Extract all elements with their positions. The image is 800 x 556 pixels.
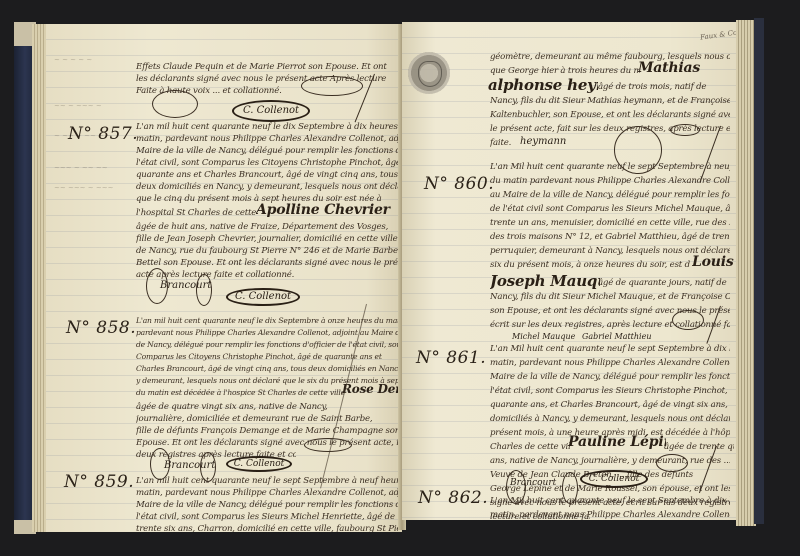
text-line: Nancy, fils du dit Sieur Mathias heymann…	[490, 96, 730, 106]
text-line: ans, native de Nancy, journalière, y dem…	[490, 456, 730, 466]
text-line: Comparus les Citoyens Christophe Pinchot…	[136, 352, 398, 361]
subject-name: Mathias	[638, 60, 734, 76]
subject-name: Apolline Chevrier	[256, 202, 402, 218]
signature-gabriel-matthieu: Gabriel Matthieu	[582, 332, 652, 341]
page-edges-right	[736, 20, 756, 526]
signature-flourish	[196, 274, 212, 306]
text-line: L'an mil huit cent quarante neuf le dix …	[136, 122, 398, 132]
signature-flourish	[672, 310, 704, 330]
seal-emblem-icon	[418, 61, 442, 87]
text-line: matin, pardevant nous Philippe Charles A…	[136, 134, 398, 144]
text-line: quarante ans, et Charles Brancourt, âgé …	[490, 400, 730, 410]
signature-collenot: C. Collenot	[226, 288, 300, 306]
text-line: âgée de trente quatre	[664, 442, 734, 452]
text-line: que George hier à trois heures du matin,…	[490, 66, 640, 76]
text-line: âgée de quatre vingt six ans, native de …	[136, 402, 398, 412]
text-line: Bettel son Epouse. Et ont les déclarants…	[136, 258, 398, 268]
text-line: six du présent mois, à onze heures du so…	[490, 260, 690, 270]
text-line: l'état civil, sont Comparus les Sieurs M…	[136, 512, 398, 522]
entry-number: N° 860.	[424, 174, 494, 194]
text-line: de Nancy, délégué pour remplir les fonct…	[136, 340, 398, 349]
bleed-through-text: ~~~ ~ ~~ ~~	[54, 164, 108, 172]
bleed-through-text: ~ ~ ~ ~ ~	[54, 56, 92, 64]
text-line: domiciliés à Nancy, y demeurant, lesquel…	[490, 414, 730, 424]
signature-flourish	[656, 454, 688, 472]
subject-name: Pauline Lépine	[568, 434, 666, 450]
book-cover-right	[754, 18, 764, 524]
text-line: de l'état civil sont Comparus les Sieurs…	[490, 204, 730, 214]
text-line: Maire de la ville de Nancy, délégué pour…	[136, 500, 398, 510]
entry-number: N° 862.	[418, 488, 488, 508]
signature-flourish	[152, 90, 198, 118]
entry-number: N° 859.	[64, 472, 134, 492]
signature-michel-mauque: Michel Mauque	[512, 332, 575, 341]
entry-number: N° 857.	[68, 124, 138, 144]
text-line: Charles de cette ville	[490, 442, 570, 452]
right-page: géomètre, demeurant au même faubourg, le…	[402, 22, 736, 520]
text-line: du matin est décédée à l'hospice St Char…	[136, 388, 346, 397]
text-line: matin, pardevant nous Philippe Charles A…	[136, 488, 398, 498]
text-line: L'an mil huit cent quarante neuf le sept…	[136, 476, 398, 486]
text-line: l'état civil, sont Comparus les Sieurs C…	[490, 386, 730, 396]
text-line: quarante ans et Charles Brancourt, âgé d…	[136, 170, 398, 180]
text-line: matin, pardevant nous Philippe Charles A…	[490, 510, 730, 520]
text-line: Kaltenbuchler, son Epouse, et ont les dé…	[490, 110, 730, 120]
entry-number: N° 858.	[66, 318, 136, 338]
text-line: du matin pardevant nous Philippe Charles…	[490, 176, 730, 186]
text-line: Maire de la ville de Nancy, délégué pour…	[136, 146, 398, 156]
subject-name: Rose Demangeot	[342, 382, 402, 396]
signature-flourish	[304, 438, 352, 452]
bleed-through-text: ~~ ~~~ ~ ~~~	[54, 184, 113, 192]
signature-collenot: C. Collenot	[226, 456, 292, 472]
text-line: L'an Mil huit cent quarante neuf le sept…	[490, 496, 730, 506]
subject-name: alphonse heymann	[488, 76, 598, 94]
text-line: Maire de la ville de Nancy, délégué pour…	[490, 372, 730, 382]
text-line: âgé de trois mois, natif de	[598, 82, 732, 92]
signature-heymann: heymann	[520, 136, 566, 147]
text-line: des trois maisons N° 12, et Gabriel Matt…	[490, 232, 730, 242]
text-line: trente six ans, Charron, domicilié en ce…	[136, 524, 398, 532]
subject-name: Joseph Mauque	[490, 272, 600, 290]
text-line: L'an Mil huit cent quarante neuf le sept…	[490, 162, 730, 172]
text-line: l'hospital St Charles de cette ville	[136, 208, 256, 218]
bleed-through-text: ~~ ~ ~~~ ~	[54, 102, 102, 110]
signature-flourish	[301, 76, 363, 96]
signature-collenot: C. Collenot	[580, 470, 648, 488]
text-line: L'an Mil huit cent quarante neuf le sept…	[490, 344, 730, 354]
signature-flourish	[670, 124, 700, 136]
signature-collenot: C. Collenot	[232, 100, 310, 122]
text-line: Epouse. Et ont les déclarants signé avec…	[136, 438, 398, 448]
subject-name: Louis	[692, 254, 736, 270]
text-line: deux domiciliés en Nancy, y demeurant, l…	[136, 182, 398, 192]
official-seal-stamp	[408, 52, 450, 94]
left-page: ~ ~ ~ ~ ~ ~~ ~ ~~~ ~ ~ ~~ ~ ~~ ~ ~ ~~~ ~…	[46, 24, 402, 532]
text-line: journalière, domiciliée et demeurant rue…	[136, 414, 398, 424]
text-line: Nancy, fils du dit Sieur Michel Mauque, …	[490, 292, 730, 302]
text-line: Charles Brancourt, âgé de vingt cinq ans…	[136, 364, 398, 373]
text-line: l'état civil, sont Comparus les Citoyens…	[136, 158, 398, 168]
text-line: âgée de huit ans, native de Fraize, Dépa…	[136, 222, 398, 232]
text-line: matin, pardevant nous Philippe Charles A…	[490, 358, 730, 368]
text-line: âgé de quarante jours, natif de	[598, 278, 732, 288]
entry-number: N° 861.	[416, 348, 486, 368]
open-register-book: ~ ~ ~ ~ ~ ~~ ~ ~~~ ~ ~ ~~ ~ ~~ ~ ~ ~~~ ~…	[0, 0, 800, 556]
text-line: fille de défunts François Demange et de …	[136, 426, 398, 436]
text-line: Effets Claude Pequin et de Marie Pierrot…	[136, 62, 398, 72]
text-line: L'an mil huit cent quarante neuf le dix …	[136, 316, 398, 325]
text-line: trente un ans, menuisier, domicilié en c…	[490, 218, 730, 228]
text-line: au Maire de la ville de Nancy, délégué p…	[490, 190, 730, 200]
text-line: de Nancy, rue du faubourg St Pierre N° 2…	[136, 246, 398, 256]
signature-brancourt: Brancourt	[510, 478, 556, 488]
text-line: acte après lecture faite et collationné.	[136, 270, 398, 280]
text-line: fille de Jean Joseph Chevrier, journalie…	[136, 234, 398, 244]
